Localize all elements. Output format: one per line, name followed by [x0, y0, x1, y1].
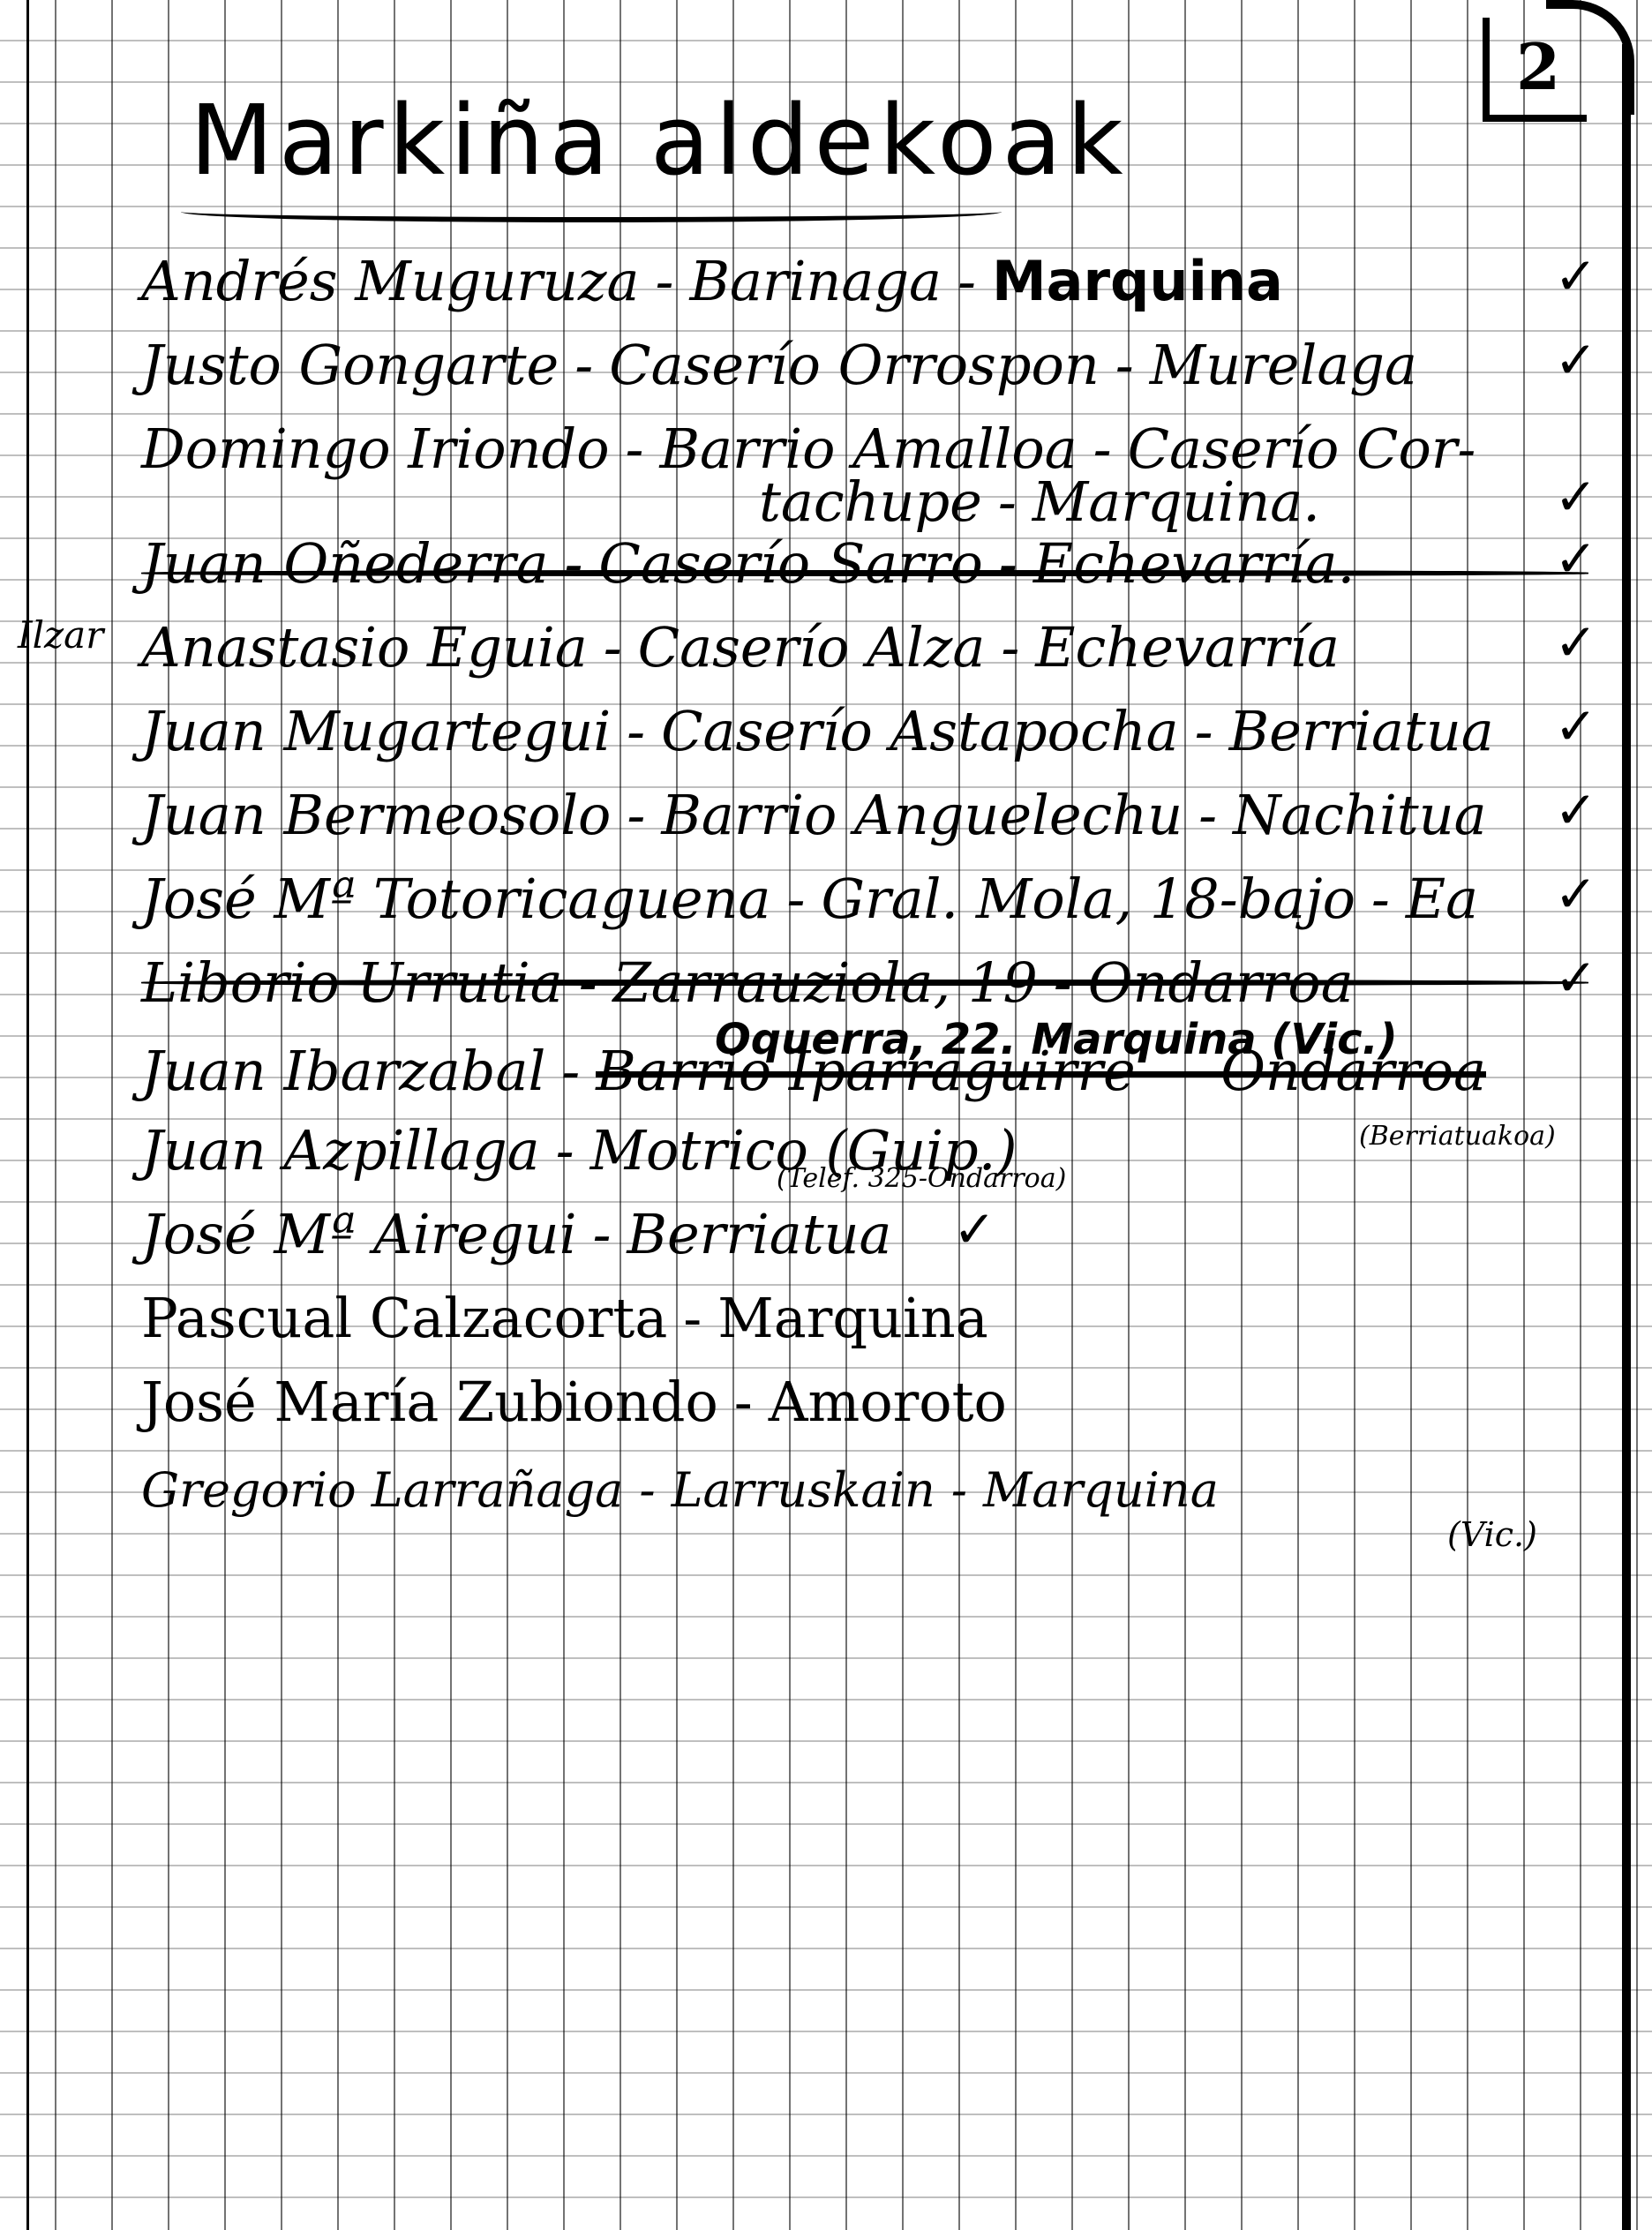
page-right-edge — [1622, 44, 1631, 2230]
notebook-page: 2 Markiña aldekoak Ilzar Andrés Muguruza… — [0, 0, 1652, 2230]
checkmark-icon: ✓ — [1554, 948, 1597, 1008]
inserted-address: Oquerra, 22. Marquina (Vic.) — [715, 1015, 1398, 1064]
entry-name: Juan Ibarzabal — [141, 1039, 545, 1103]
entry-place: Larruskain — [672, 1462, 935, 1518]
checkmark-icon: ✓ — [1554, 612, 1597, 672]
entry-place: Caserío Orrospon — [609, 333, 1100, 397]
list-item-struck: Liborio Urrutia - Zarrauziola, 19 - Onda… — [141, 931, 1597, 1015]
entry-town: Berriatua — [1229, 699, 1494, 763]
checkmark-icon: ✓ — [1554, 529, 1597, 589]
checkmark-icon: ✓ — [1554, 330, 1597, 390]
entry-town: Echevarría. — [1033, 531, 1355, 596]
title-underline — [181, 201, 1002, 222]
page-title: Markiña aldekoak — [190, 84, 1129, 197]
list-item-struck: Juan Oñederra - Caserío Sarro - Echevarr… — [141, 534, 1597, 596]
entry-place: Barrio Anguelechu — [661, 783, 1183, 847]
entry-aside-note: (Berriatuakoa) — [1359, 1121, 1556, 1152]
list-item: Justo Gongarte - Caserío Orrospon - Mure… — [141, 313, 1597, 397]
list-item: Pascual Calzacorta - Marquina — [141, 1266, 1597, 1350]
entry-place: Barinaga — [689, 249, 942, 313]
entry-town: Marquina — [983, 1462, 1219, 1518]
entry-list: Andrés Muguruza - Barinaga - Marquina ✓ … — [141, 229, 1597, 1518]
entry-note: (Vic.) — [1447, 1515, 1537, 1554]
checkmark-icon: ✓ — [1554, 864, 1597, 924]
checkmark-icon: ✓ — [953, 1199, 996, 1259]
entry-name: Domingo Iriondo — [141, 417, 610, 481]
page-number: 2 — [1483, 18, 1587, 122]
list-item: José Mª Airegui - Berriatua ✓ — [141, 1183, 1597, 1266]
margin-note: Ilzar — [18, 613, 103, 657]
entry-name: Justo Gongarte — [141, 333, 559, 397]
entry-name: José María Zubiondo — [141, 1370, 718, 1434]
entry-town: Marquina — [992, 249, 1283, 313]
list-item: José María Zubiondo - Amoroto — [141, 1350, 1597, 1434]
entry-name: Pascual Calzacorta — [141, 1286, 667, 1350]
entry-name: Juan Azpillaga — [141, 1118, 540, 1183]
list-item: Anastasio Eguia - Caserío Alza - Echevar… — [141, 596, 1597, 680]
entry-town: Ea — [1406, 867, 1478, 931]
entry-place: Marquina — [717, 1286, 987, 1350]
entry-town: Murelaga — [1150, 333, 1417, 397]
entry-town: Marquina. — [1032, 469, 1320, 534]
entry-name: José Mª Airegui — [141, 1202, 576, 1266]
entry-town: Nachitua — [1233, 783, 1487, 847]
entry-town: Ondarroa — [1088, 950, 1354, 1015]
entry-place: Gral. Mola, 18-bajo — [821, 867, 1355, 931]
list-item: Domingo Iriondo - Barrio Amalloa - Caser… — [141, 397, 1597, 481]
entry-place: Caserío Astapocha — [661, 699, 1179, 763]
entry-name: Andrés Muguruza — [141, 249, 639, 313]
entry-name: Juan Oñederra — [141, 531, 548, 596]
notebook-binding-edge — [0, 0, 29, 2230]
entry-place: Zarrauziola, 19 — [613, 950, 1038, 1015]
list-item: Juan Bermeosolo - Barrio Anguelechu - Na… — [141, 763, 1597, 847]
list-item: Juan Mugartegui - Caserío Astapocha - Be… — [141, 680, 1597, 763]
entry-name: Anastasio Eguia — [141, 615, 588, 680]
entry-name: Juan Mugartegui — [141, 699, 611, 763]
entry-town: Echevarría — [1035, 615, 1340, 680]
checkmark-icon: ✓ — [1554, 780, 1597, 840]
entry-name: Liborio Urrutia — [141, 950, 563, 1015]
list-item: Juan Ibarzabal - Barrio Iparraguirre - O… — [141, 1015, 1597, 1103]
list-item: Juan Azpillaga - Motrico (Guip.) (Berria… — [141, 1103, 1597, 1183]
checkmark-icon: ✓ — [1554, 696, 1597, 756]
strikethrough-line — [596, 1071, 1486, 1077]
entry-place: Caserío Sarro — [598, 531, 982, 596]
list-item: Gregorio Larrañaga - Larruskain - Marqui… — [141, 1434, 1597, 1518]
entry-place: tachupe — [759, 469, 982, 534]
checkmark-icon: ✓ — [1554, 246, 1597, 306]
list-item: José Mª Totoricaguena - Gral. Mola, 18-b… — [141, 847, 1597, 931]
list-item: Andrés Muguruza - Barinaga - Marquina ✓ — [141, 229, 1597, 313]
entry-name: Juan Bermeosolo — [141, 783, 611, 847]
entry-name: José Mª Totoricaguena — [141, 867, 771, 931]
entry-place: Caserío Alza — [638, 615, 986, 680]
checkmark-icon: ✓ — [1554, 467, 1597, 527]
entry-name: Gregorio Larrañaga — [141, 1462, 623, 1518]
entry-place: Berriatua — [627, 1202, 891, 1266]
list-item-continuation: tachupe - Marquina. ✓ — [141, 481, 1597, 534]
entry-place: Amoroto — [769, 1370, 1007, 1434]
